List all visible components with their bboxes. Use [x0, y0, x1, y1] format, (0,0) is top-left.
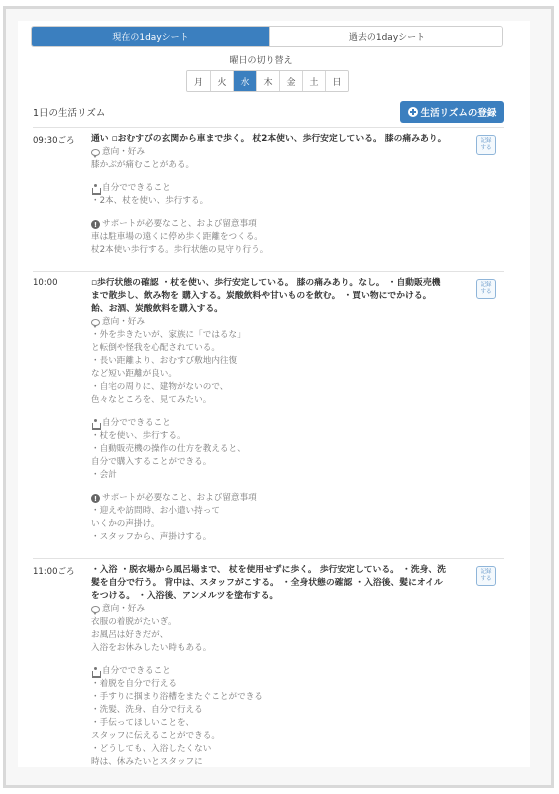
- record-button[interactable]: 記録 する: [476, 279, 496, 299]
- activity-line: をつける。 ・入浴後、アンメルツを塗布する。: [91, 590, 466, 603]
- can-do-header-label: 自分でできること: [102, 417, 171, 430]
- can-do-block: 自分でできること ・着脱を自分で行える ・手すりに掴まり浴槽をまたぐことができる…: [91, 665, 466, 767]
- preference-header: 意向・好み: [91, 146, 466, 159]
- can-do-header: 自分でできること: [91, 665, 466, 678]
- day-button-fri[interactable]: 金: [279, 71, 302, 91]
- day-button-mon[interactable]: 月: [187, 71, 210, 91]
- table-row: 10:00 記録 する ▫歩行状態の確認 ・杖を使い、歩行安定している。 膝の痛…: [33, 271, 504, 558]
- support-header-label: サポートが必要なこと、および留意事項: [102, 492, 257, 505]
- can-do-line: ・どうしても、入浴したくない: [91, 743, 466, 756]
- tab-current-1day-sheet[interactable]: 現在の1dayシート: [32, 27, 269, 46]
- day-button-wed[interactable]: 水: [233, 71, 256, 91]
- record-button-label: する: [480, 289, 491, 296]
- speech-bubble-icon: [91, 319, 100, 326]
- can-do-line: 自分で購入することができる。: [91, 456, 466, 469]
- can-do-header: 自分でできること: [91, 182, 466, 195]
- exclamation-circle-icon: [91, 220, 100, 229]
- can-do-line: ・手すりに掴まり浴槽をまたぐことができる: [91, 691, 466, 704]
- day-button-tue[interactable]: 火: [210, 71, 233, 91]
- can-do-line: スタッフに伝えることができる。: [91, 730, 466, 743]
- support-header: サポートが必要なこと、および留意事項: [91, 218, 466, 231]
- can-do-block: 自分でできること ・杖を使い、歩行する。 ・自動販売機の操作の仕方を教えると、 …: [91, 417, 466, 482]
- page-content: 現在の1dayシート 過去の1dayシート 曜日の切り替え 月 火 水 木 金 …: [18, 21, 530, 767]
- speech-bubble-icon: [91, 149, 100, 156]
- can-do-block: 自分でできること ・2本、杖を使い、歩行する。: [91, 182, 466, 208]
- support-header-label: サポートが必要なこと、および留意事項: [102, 218, 257, 231]
- record-button-label: 記録: [480, 282, 491, 289]
- activity-line: 飴、お酒、炭酸飲料を購入する。: [91, 303, 466, 316]
- can-do-header-label: 自分でできること: [102, 182, 171, 195]
- support-header: サポートが必要なこと、および留意事項: [91, 492, 466, 505]
- table-row: 11:00ごろ 記録 する ・入浴 ・脱衣場から風呂場まで、 杖を使用せずに歩く…: [33, 558, 504, 767]
- can-do-line: ・着脱を自分で行える: [91, 678, 466, 691]
- can-do-line: 時は、休みたいとスタッフに: [91, 756, 466, 767]
- can-do-line: ・会計: [91, 469, 466, 482]
- exclamation-circle-icon: [91, 494, 100, 503]
- preference-header: 意向・好み: [91, 603, 466, 616]
- preference-line: ・長い距離より、おむすび敷地内往復: [91, 355, 466, 368]
- preference-line: と転倒や怪我を心配されている。: [91, 342, 466, 355]
- preference-line: ・外を歩きたいが、家族に「ではるな」: [91, 329, 466, 342]
- preference-block: 意向・好み ・外を歩きたいが、家族に「ではるな」 と転倒や怪我を心配されている。…: [91, 316, 466, 407]
- row-time: 11:00ごろ: [33, 565, 75, 577]
- support-line: ・迎えや訪問時、お小遣い持って: [91, 505, 466, 518]
- preference-header-label: 意向・好み: [102, 146, 145, 159]
- row-time: 09:30ごろ: [33, 134, 75, 146]
- life-rhythm-list: 09:30ごろ 記録 する 通い ▫おむすびの玄関から車まで歩く。 杖2本使い、…: [33, 127, 504, 767]
- plus-circle-icon: [408, 107, 418, 117]
- register-button-label: 生活リズムの登録: [421, 105, 497, 119]
- section-title: 1日の生活リズム: [33, 105, 105, 119]
- record-button-label: 記録: [480, 569, 491, 576]
- row-body: 通い ▫おむすびの玄関から車まで歩く。 杖2本使い、歩行安定している。 膝の痛み…: [91, 133, 466, 257]
- preference-line: など短い距離が良い。: [91, 368, 466, 381]
- row-activity: ・入浴 ・脱衣場から風呂場まで、 杖を使用せずに歩く。 歩行安定している。 ・洗…: [91, 564, 466, 603]
- activity-line: ▫歩行状態の確認 ・杖を使い、歩行安定している。 膝の痛みあり。なし。 ・自動販…: [91, 277, 466, 290]
- can-do-header: 自分でできること: [91, 417, 466, 430]
- window-frame: 現在の1dayシート 過去の1dayシート 曜日の切り替え 月 火 水 木 金 …: [3, 6, 554, 788]
- person-icon: [91, 419, 100, 428]
- can-do-line: ・手伝ってほしいことを、: [91, 717, 466, 730]
- can-do-line: ・自動販売機の操作の仕方を教えると、: [91, 443, 466, 456]
- preference-line: 衣服の着脱がたいぎ。: [91, 616, 466, 629]
- register-life-rhythm-button[interactable]: 生活リズムの登録: [400, 101, 504, 123]
- preference-block: 意向・好み 膝かぶが痛むことがある。: [91, 146, 466, 172]
- row-body: ・入浴 ・脱衣場から風呂場まで、 杖を使用せずに歩く。 歩行安定している。 ・洗…: [91, 564, 466, 767]
- preference-line: 膝かぶが痛むことがある。: [91, 159, 466, 172]
- speech-bubble-icon: [91, 606, 100, 613]
- activity-line: まで散歩し、飲み物を 購入する。炭酸飲料や甘いものを飲む。 ・買い物にでかける。: [91, 290, 466, 303]
- can-do-header-label: 自分でできること: [102, 665, 171, 678]
- preference-line: 色々なところを、見てみたい。: [91, 394, 466, 407]
- day-selector: 月 火 水 木 金 土 日: [186, 70, 349, 92]
- preference-line: ・自宅の周りに、建物がないので、: [91, 381, 466, 394]
- activity-line: 髪を自分で行う。 背中は、スタッフがこする。 ・全身状態の確認 ・入浴後、髪にオ…: [91, 577, 466, 590]
- row-activity: 通い ▫おむすびの玄関から車まで歩く。 杖2本使い、歩行安定している。 膝の痛み…: [91, 133, 466, 146]
- row-activity: ▫歩行状態の確認 ・杖を使い、歩行安定している。 膝の痛みあり。なし。 ・自動販…: [91, 277, 466, 316]
- can-do-line: ・杖を使い、歩行する。: [91, 430, 466, 443]
- person-icon: [91, 184, 100, 193]
- support-line: ・スタッフから、声掛けする。: [91, 531, 466, 544]
- activity-line: ・入浴 ・脱衣場から風呂場まで、 杖を使用せずに歩く。 歩行安定している。 ・洗…: [91, 564, 466, 577]
- row-time: 10:00: [33, 278, 58, 288]
- day-button-sat[interactable]: 土: [302, 71, 325, 91]
- table-row: 09:30ごろ 記録 する 通い ▫おむすびの玄関から車まで歩く。 杖2本使い、…: [33, 127, 504, 271]
- support-line: いくかの声掛け。: [91, 518, 466, 531]
- preference-header: 意向・好み: [91, 316, 466, 329]
- preference-header-label: 意向・好み: [102, 603, 145, 616]
- tab-past-1day-sheet[interactable]: 過去の1dayシート: [269, 27, 503, 46]
- record-button[interactable]: 記録 する: [476, 566, 496, 586]
- record-button-label: 記録: [480, 138, 491, 145]
- preference-header-label: 意向・好み: [102, 316, 145, 329]
- day-button-thu[interactable]: 木: [256, 71, 279, 91]
- preference-block: 意向・好み 衣服の着脱がたいぎ。 お風呂は好きだが、 入浴をお休みしたい時もある…: [91, 603, 466, 655]
- support-block: サポートが必要なこと、および留意事項 車は駐車場の遠くに停め歩く距離をつくる。 …: [91, 218, 466, 257]
- preference-line: お風呂は好きだが、: [91, 629, 466, 642]
- record-button-label: する: [480, 145, 491, 152]
- support-line: 杖2本使い歩行する。歩行状態の見守り行う。: [91, 244, 466, 257]
- sheet-tabs: 現在の1dayシート 過去の1dayシート: [31, 26, 503, 47]
- record-button[interactable]: 記録 する: [476, 135, 496, 155]
- day-switch-label: 曜日の切り替え: [18, 53, 504, 66]
- support-line: 車は駐車場の遠くに停め歩く距離をつくる。: [91, 231, 466, 244]
- person-icon: [91, 667, 100, 676]
- can-do-line: ・2本、杖を使い、歩行する。: [91, 195, 466, 208]
- row-body: ▫歩行状態の確認 ・杖を使い、歩行安定している。 膝の痛みあり。なし。 ・自動販…: [91, 277, 466, 544]
- day-button-sun[interactable]: 日: [325, 71, 348, 91]
- support-block: サポートが必要なこと、および留意事項 ・迎えや訪問時、お小遣い持って いくかの声…: [91, 492, 466, 544]
- activity-line: 通い ▫おむすびの玄関から車まで歩く。 杖2本使い、歩行安定している。 膝の痛み…: [91, 133, 466, 146]
- record-button-label: する: [480, 576, 491, 583]
- preference-line: 入浴をお休みしたい時もある。: [91, 642, 466, 655]
- can-do-line: ・洗髪、洗身、自分で行える: [91, 704, 466, 717]
